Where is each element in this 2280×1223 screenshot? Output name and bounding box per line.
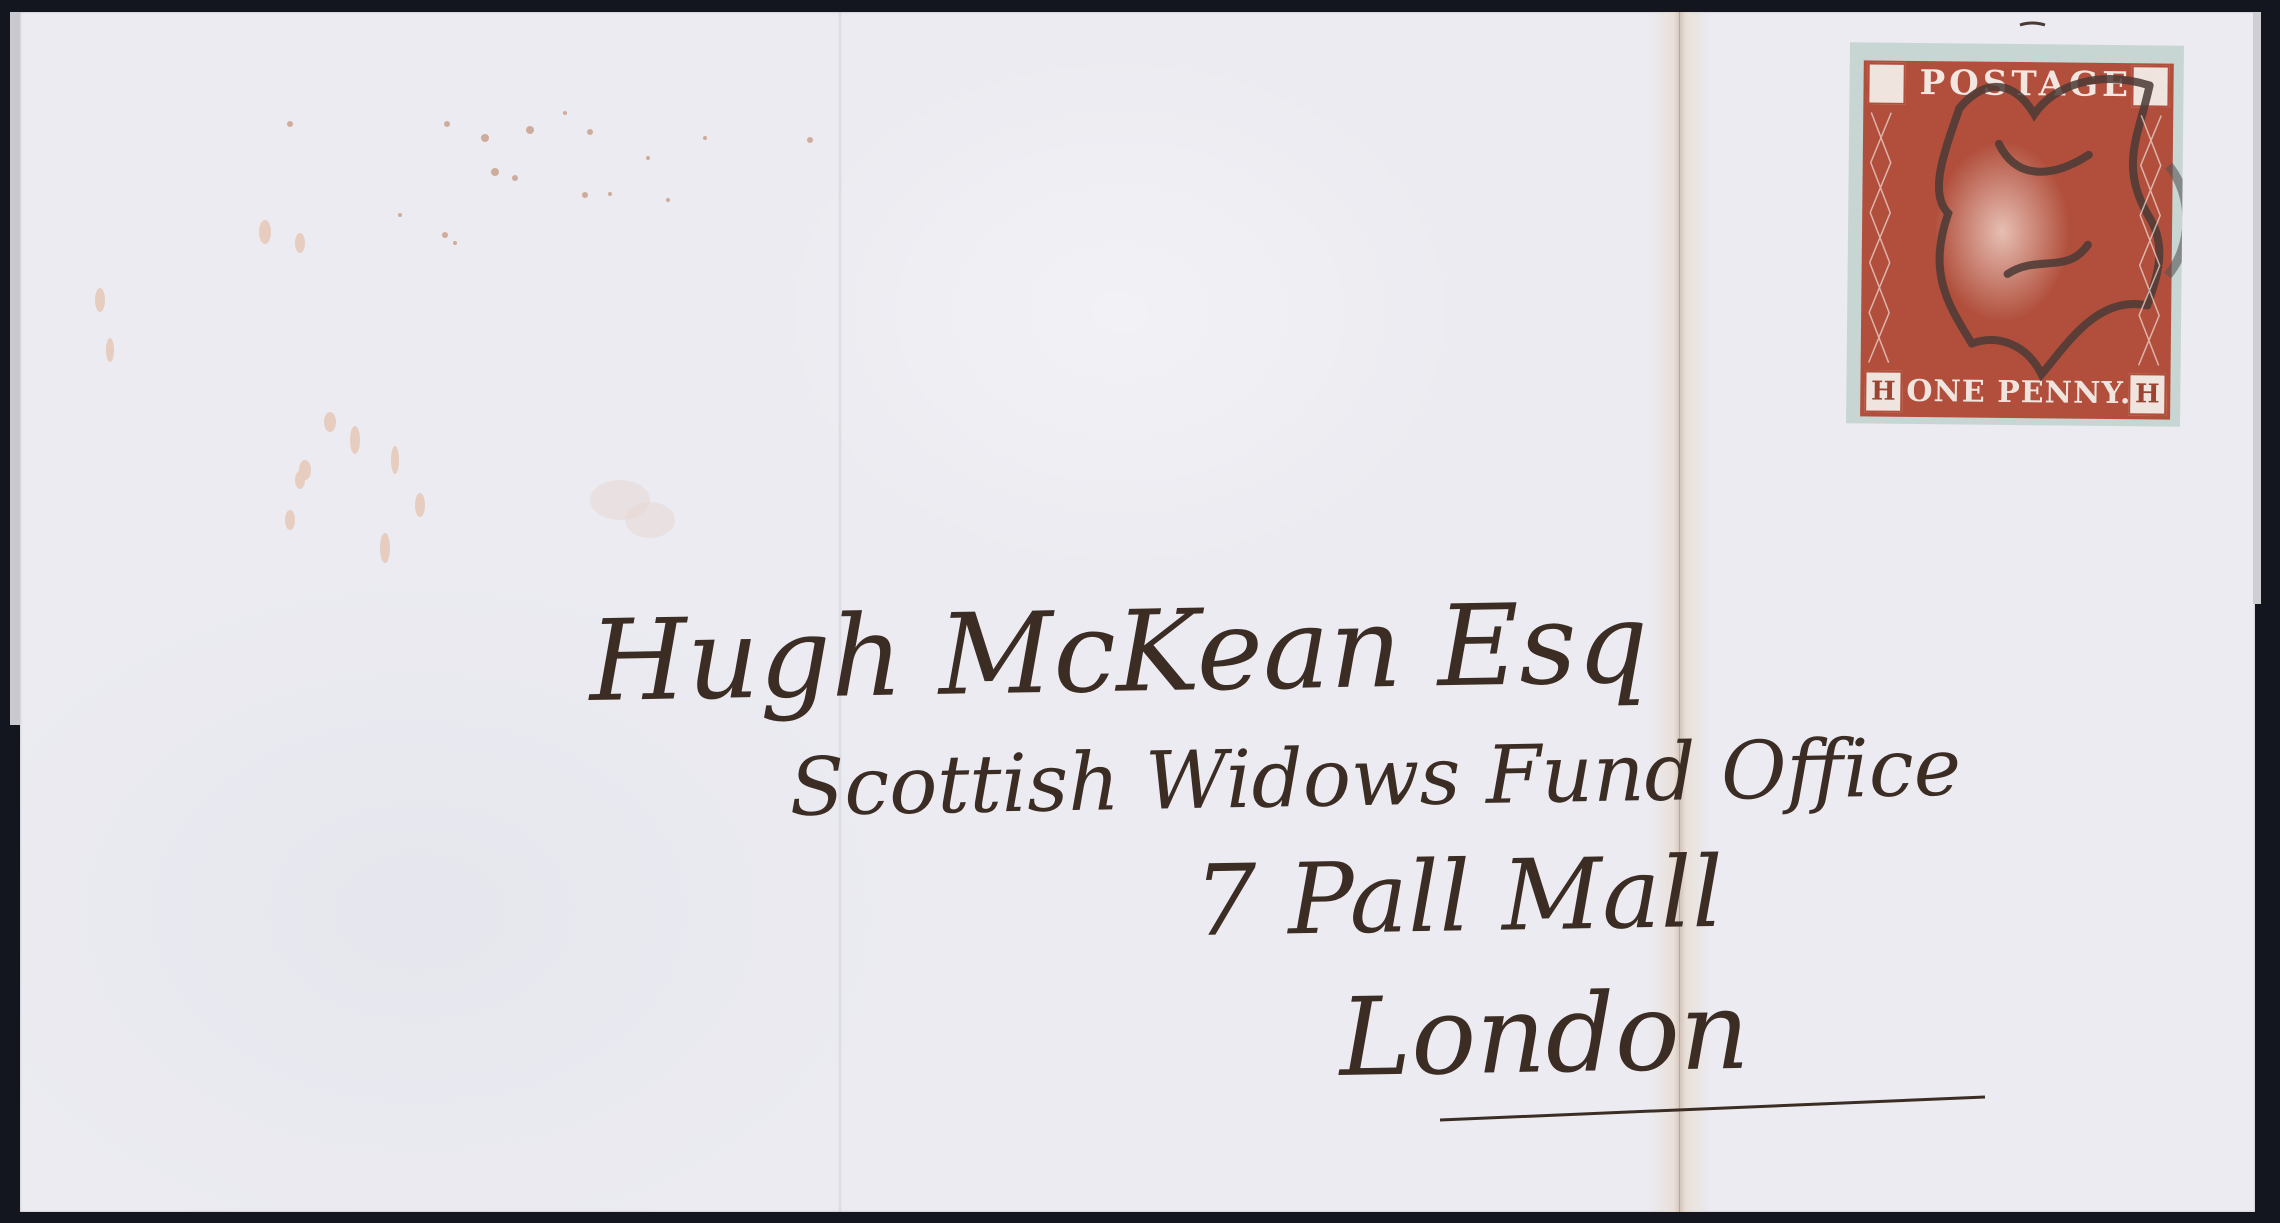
left-flap-edge xyxy=(10,12,20,725)
fold-crease-right xyxy=(1650,12,1710,1212)
penny-red-stamp: POSTAGE H ONE PENNY. H xyxy=(1846,42,2184,426)
maltese-cross-cancel-icon xyxy=(1846,42,2184,426)
fold-crease-middle xyxy=(838,12,842,1212)
right-flap-edge xyxy=(2253,12,2261,604)
